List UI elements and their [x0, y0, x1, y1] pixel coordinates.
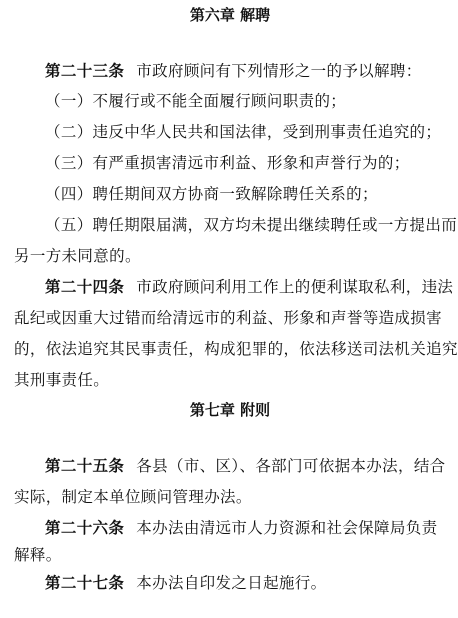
article-23-item-5-cont: 另一方未同意的。	[14, 246, 446, 266]
article-26-line-2: 解释。	[14, 545, 446, 565]
article-23-text: 市政府顾问有下列情形之一的予以解聘：	[136, 62, 421, 80]
article-27-label: 第二十七条	[45, 574, 124, 592]
article-26-text-1: 本办法由清远市人力资源和社会保障局负责	[136, 519, 437, 537]
chapter-6-title: 第六章 解聘	[14, 5, 446, 25]
chapter-7-title: 第七章 附则	[14, 400, 446, 420]
article-27-text-1: 本办法自印发之日起施行。	[136, 574, 326, 592]
article-24-line-3: 的，依法追究其民事责任，构成犯罪的，依法移送司法机关追究	[14, 339, 446, 359]
article-23-item-1: （一）不履行或不能全面履行顾问职责的；	[14, 91, 446, 111]
article-26-label: 第二十六条	[45, 519, 124, 537]
article-23-line-1: 第二十三条市政府顾问有下列情形之一的予以解聘：	[14, 61, 446, 81]
article-26-line-1: 第二十六条本办法由清远市人力资源和社会保障局负责	[14, 518, 446, 538]
article-24-line-2: 乱纪或因重大过错而给清远市的利益、形象和声誉等造成损害	[14, 308, 446, 328]
article-24-line-4: 其刑事责任。	[14, 370, 446, 390]
article-23-label: 第二十三条	[45, 62, 124, 80]
article-25-line-2: 实际，制定本单位顾问管理办法。	[14, 487, 446, 507]
article-24-label: 第二十四条	[45, 278, 124, 296]
article-25-label: 第二十五条	[45, 457, 124, 475]
article-27-line-1: 第二十七条本办法自印发之日起施行。	[14, 573, 446, 593]
article-25-text-1: 各县（市、区）、各部门可依据本办法，结合	[136, 457, 445, 475]
article-24-line-1: 第二十四条市政府顾问利用工作上的便利谋取私利，违法	[14, 277, 446, 297]
article-23-item-4: （四）聘任期间双方协商一致解除聘任关系的；	[14, 184, 446, 204]
article-23-item-5: （五）聘任期限届满，双方均未提出继续聘任或一方提出而	[14, 215, 446, 235]
article-23-item-3: （三）有严重损害清远市利益、形象和声誉行为的；	[14, 153, 446, 173]
article-24-text-1: 市政府顾问利用工作上的便利谋取私利，违法	[136, 278, 453, 296]
article-25-line-1: 第二十五条各县（市、区）、各部门可依据本办法，结合	[14, 456, 446, 476]
article-23-item-2: （二）违反中华人民共和国法律，受到刑事责任追究的；	[14, 122, 446, 142]
